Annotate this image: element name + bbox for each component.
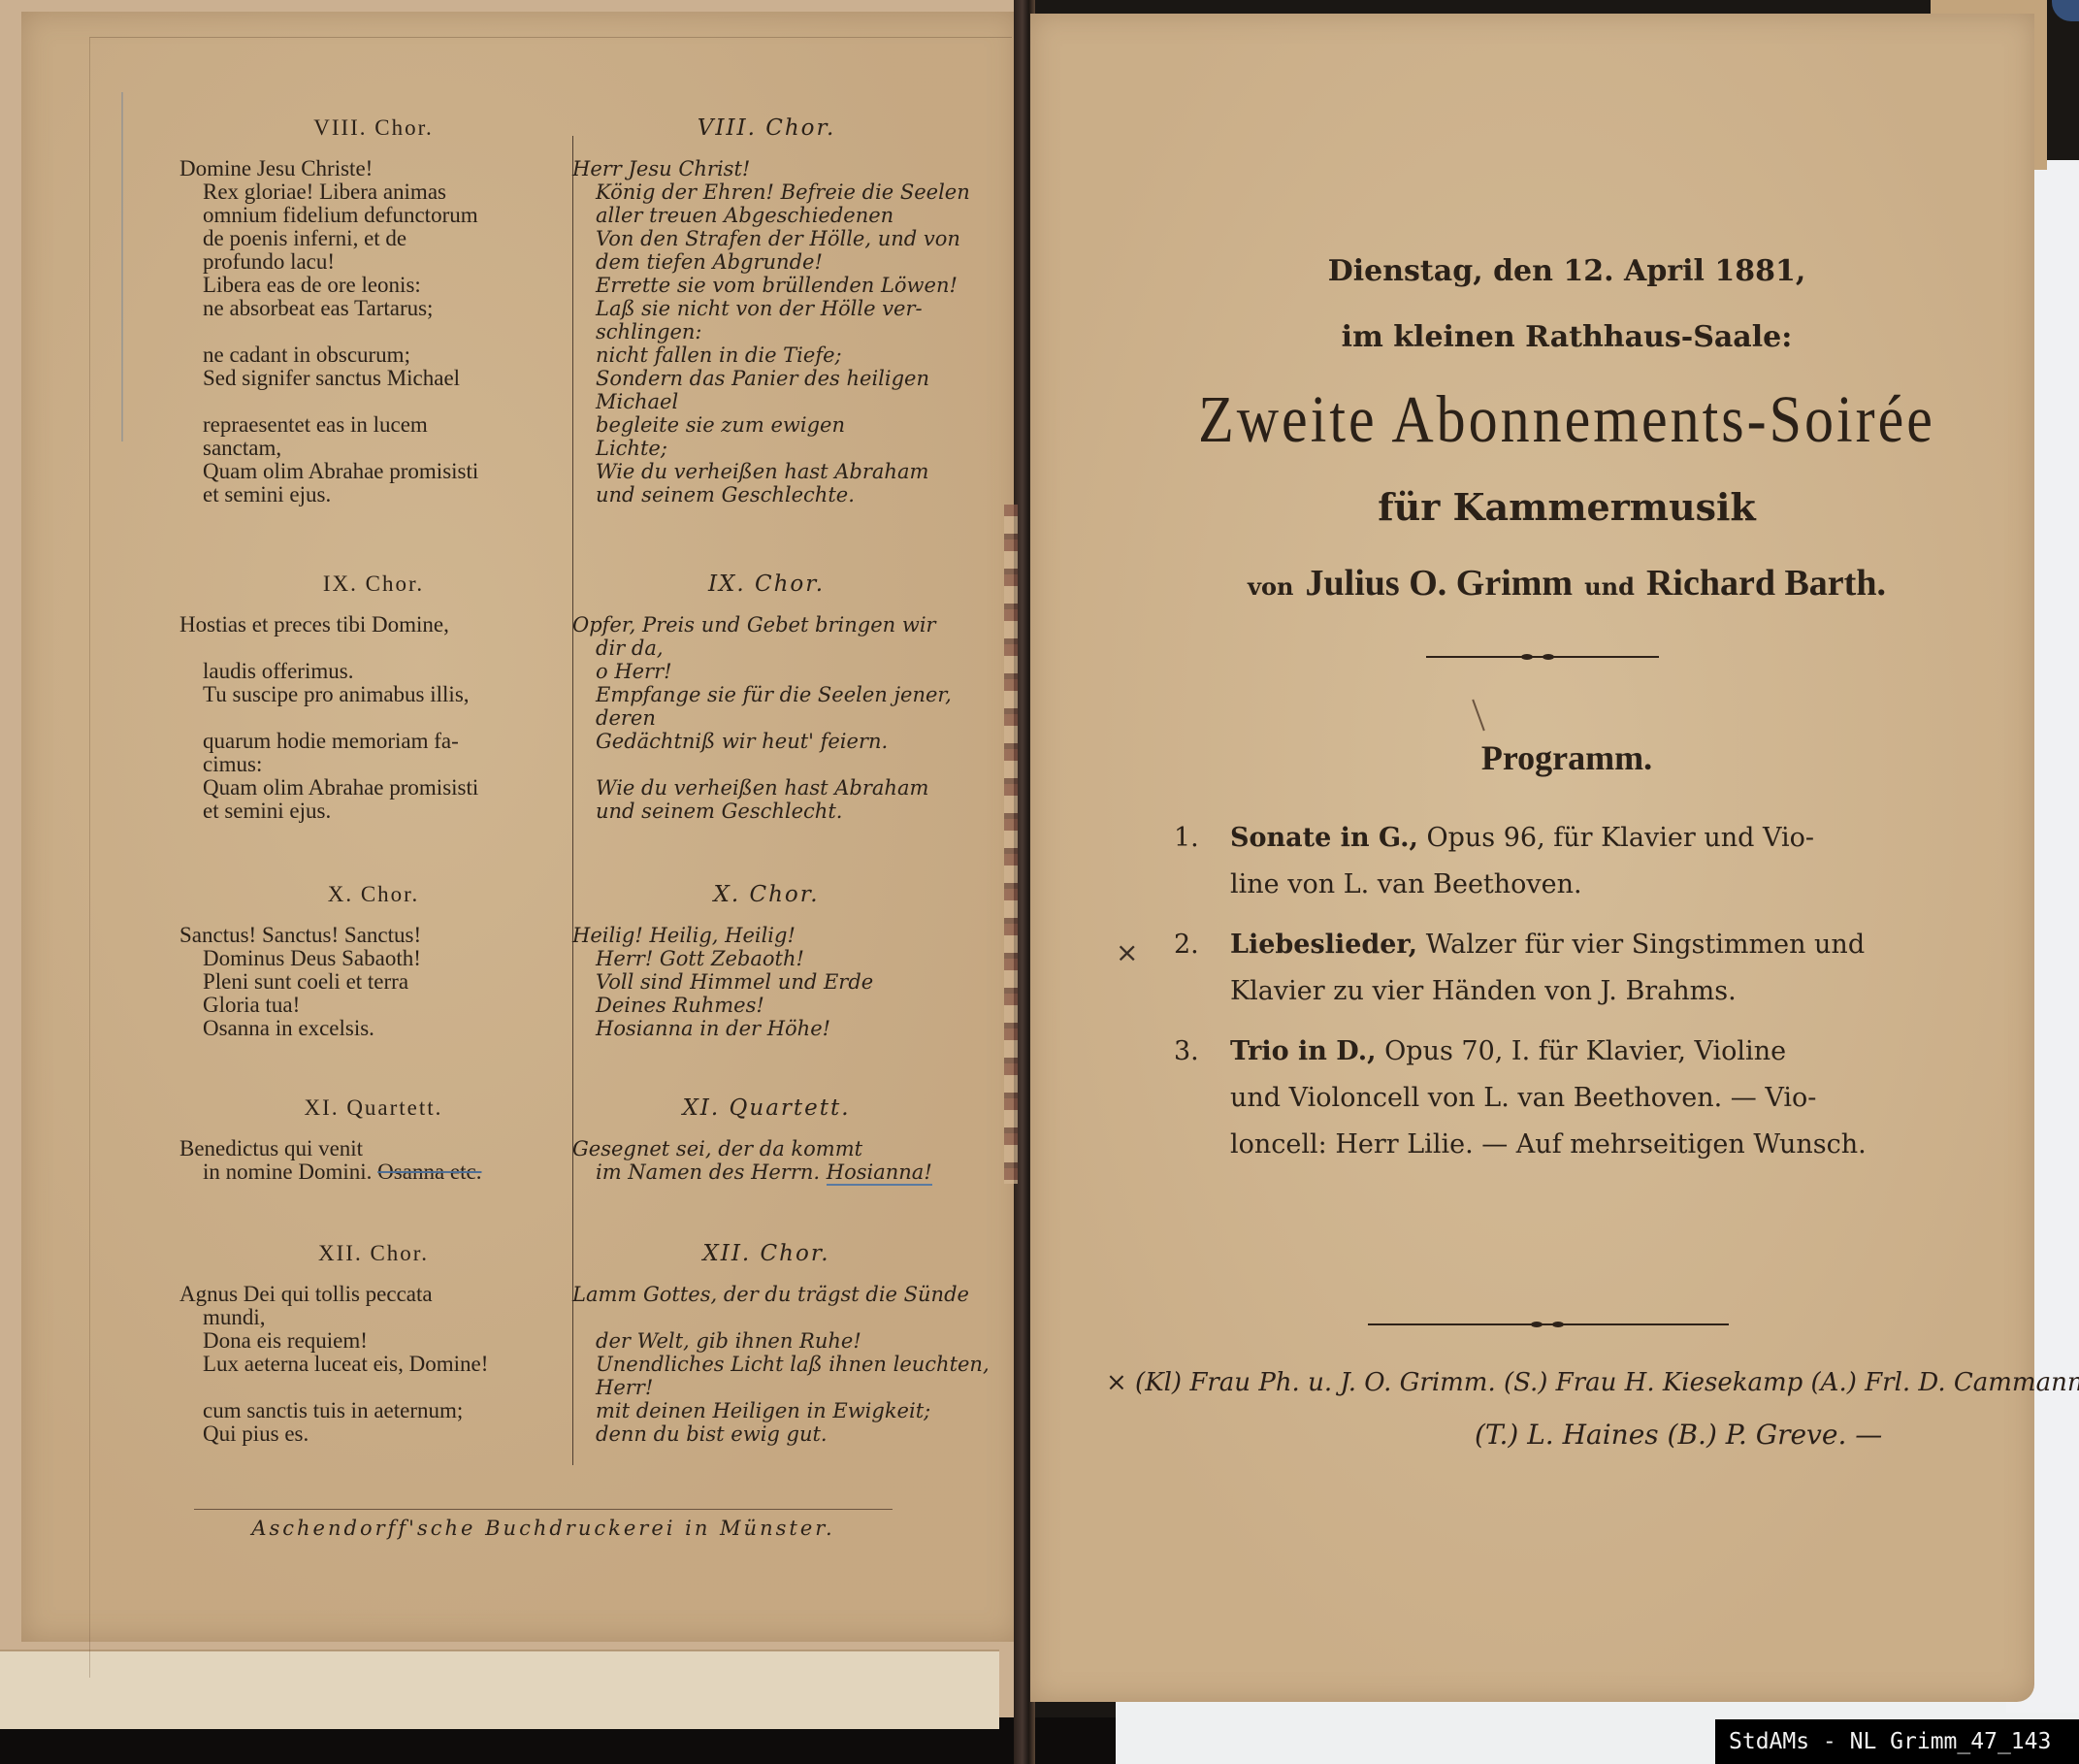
german-section-title: VIII. Chor.	[572, 116, 960, 140]
verse-line: Hosianna in der Höhe!	[572, 1017, 960, 1040]
verse-line: denn du bist ewig gut.	[572, 1422, 960, 1446]
verse-line: et semini ejus.	[179, 800, 568, 823]
verse-line: Benedictus qui venit	[179, 1137, 568, 1160]
concert-organizers: von Julius O. Grimm und Richard Barth.	[1116, 561, 2018, 604]
verse-line: ne absorbeat eas Tartarus;	[179, 297, 568, 320]
handwritten-performers-line-1: × (Kl) Frau Ph. u. J. O. Grimm. (S.) Fra…	[1106, 1368, 2079, 1397]
latin-section: XI. Quartett.Benedictus qui venitin nomi…	[179, 1096, 568, 1184]
verse-line: repraesentet eas in lucem	[179, 413, 568, 437]
latin-section-title: XI. Quartett.	[179, 1096, 568, 1120]
verse-line: begleite sie zum ewigen	[572, 413, 960, 437]
verse-line: Tu suscipe pro animabus illis,	[179, 683, 568, 706]
verse-line: o Herr!	[572, 660, 960, 683]
german-section-title: X. Chor.	[572, 883, 960, 906]
verse-line: und seinem Geschlechte.	[572, 483, 960, 506]
verse-line: aller treuen Abgeschiedenen	[572, 204, 960, 227]
program-item-2: 2. Liebeslieder, Walzer für vier Singsti…	[1174, 922, 1940, 1015]
latin-section-title: IX. Chor.	[179, 572, 568, 596]
verse-line: laudis offerimus.	[179, 660, 568, 683]
verse-line: dem tiefen Abgrunde!	[572, 250, 960, 274]
verse-line: Von den Strafen der Hölle, und von	[572, 227, 960, 250]
verse-line	[179, 706, 568, 730]
verse-line: profundo lacu!	[179, 250, 568, 274]
program-number: 3.	[1174, 1029, 1213, 1075]
latin-section: VIII. Chor.Domine Jesu Christe!Rex glori…	[179, 116, 568, 506]
verse-line: mundi,	[179, 1306, 568, 1329]
verse-line: cum sanctis tuis in aeternum;	[179, 1399, 568, 1422]
program-heading: Programm.	[1116, 737, 2018, 778]
verse-line	[179, 637, 568, 660]
verse-line: Sed signifer sanctus Michael	[179, 367, 568, 390]
verse-line: Rex gloriae! Libera animas	[179, 180, 568, 204]
footer-rule	[194, 1509, 893, 1510]
underlined-text: Hosianna!	[827, 1160, 932, 1186]
verse-line: der Welt, gib ihnen Ruhe!	[572, 1329, 960, 1353]
verse-line: Deines Ruhmes!	[572, 994, 960, 1017]
verse-line: Voll sind Himmel und Erde	[572, 970, 960, 994]
verse-line: Sondern das Panier des heiligen	[572, 367, 960, 390]
verse-line: Herr!	[572, 1376, 960, 1399]
organizer-grimm: Julius O. Grimm	[1306, 563, 1574, 604]
handwritten-x-mark: ×	[1116, 936, 1138, 968]
verse-line: Sanctus! Sanctus! Sanctus!	[179, 924, 568, 947]
program-item-1: 1. Sonate in G., Opus 96, für Klavier un…	[1174, 815, 1940, 908]
verse-line: Hostias et preces tibi Domine,	[179, 613, 568, 637]
verse-line	[572, 1306, 960, 1329]
verse-line: und seinem Geschlecht.	[572, 800, 960, 823]
verse-line: ne cadant in obscurum;	[179, 343, 568, 367]
verse-line: dir da,	[572, 637, 960, 660]
latin-section: IX. Chor.Hostias et preces tibi Domine,l…	[179, 572, 568, 823]
german-section: XII. Chor.Lamm Gottes, der du trägst die…	[572, 1242, 960, 1446]
by-von: von	[1248, 572, 1293, 601]
verse-line: Unendliches Licht laß ihnen leuchten,	[572, 1353, 960, 1376]
latin-section-title: X. Chor.	[179, 883, 568, 906]
verse-line: Opfer, Preis und Gebet bringen wir	[572, 613, 960, 637]
verse-line: Dona eis requiem!	[179, 1329, 568, 1353]
verse-line: et semini ejus.	[179, 483, 568, 506]
spine-tear	[1004, 505, 1018, 1184]
verse-line: Michael	[572, 390, 960, 413]
verse-line: König der Ehren! Befreie die Seelen	[572, 180, 960, 204]
concert-subtitle: für Kammermusik	[1116, 485, 2018, 529]
verse-line	[179, 390, 568, 413]
verse-line: Herr Jesu Christ!	[572, 157, 960, 180]
german-section: XI. Quartett.Gesegnet sei, der da kommti…	[572, 1096, 960, 1184]
printer-imprint: Aschendorff'sche Buchdruckerei in Münste…	[194, 1517, 893, 1540]
program-number: 2.	[1174, 922, 1213, 968]
verse-line: im Namen des Herrn. Hosianna!	[572, 1160, 960, 1184]
pencil-mark	[121, 92, 123, 441]
german-section: X. Chor.Heilig! Heilig, Heilig!Herr! Got…	[572, 883, 960, 1040]
archive-caption: StdAMs - NL Grimm_47_143	[1715, 1719, 2079, 1764]
verse-line: Gesegnet sei, der da kommt	[572, 1137, 960, 1160]
verse-line: Laß sie nicht von der Hölle ver-	[572, 297, 960, 320]
handwritten-performers-line-2: (T.) L. Haines (B.) P. Greve. —	[1475, 1419, 1882, 1451]
latin-section-title: XII. Chor.	[179, 1242, 568, 1265]
verse-line: Empfange sie für die Seelen jener,	[572, 683, 960, 706]
german-section: VIII. Chor.Herr Jesu Christ!König der Eh…	[572, 116, 960, 506]
verse-line: Gedächtniß wir heut' feiern.	[572, 730, 960, 753]
verse-line: sanctam,	[179, 437, 568, 460]
verse-line: Wie du verheißen hast Abraham	[572, 776, 960, 800]
verse-line: Herr! Gott Zebaoth!	[572, 947, 960, 970]
verse-line: mit deinen Heiligen in Ewigkeit;	[572, 1399, 960, 1422]
verse-line: Pleni sunt coeli et terra	[179, 970, 568, 994]
verse-line: Agnus Dei qui tollis peccata	[179, 1283, 568, 1306]
verse-line	[179, 320, 568, 343]
by-und: und	[1584, 572, 1635, 601]
verse-line: Osanna in excelsis.	[179, 1017, 568, 1040]
german-section: IX. Chor.Opfer, Preis und Gebet bringen …	[572, 572, 960, 823]
corner-cover	[2052, 0, 2079, 21]
verse-line: Heilig! Heilig, Heilig!	[572, 924, 960, 947]
verse-line: de poenis inferni, et de	[179, 227, 568, 250]
verse-line: cimus:	[179, 753, 568, 776]
verse-line: Dominus Deus Sabaoth!	[179, 947, 568, 970]
verse-line: Domine Jesu Christe!	[179, 157, 568, 180]
verse-line: Qui pius es.	[179, 1422, 568, 1446]
verse-line: Gloria tua!	[179, 994, 568, 1017]
concert-date: Dienstag, den 12. April 1881,	[1116, 254, 2018, 288]
verse-line: schlingen:	[572, 320, 960, 343]
german-section-title: XI. Quartett.	[572, 1096, 960, 1120]
german-section-title: XII. Chor.	[572, 1242, 960, 1265]
verse-line: Quam olim Abrahae promisisti	[179, 776, 568, 800]
program-work: Liebeslieder,	[1230, 930, 1417, 960]
verse-line	[572, 753, 960, 776]
struck-text: Osanna etc.	[377, 1160, 481, 1184]
latin-section: XII. Chor.Agnus Dei qui tollis peccatamu…	[179, 1242, 568, 1446]
verse-line: Errette sie vom brüllenden Löwen!	[572, 274, 960, 297]
program-number: 1.	[1174, 815, 1213, 862]
verse-line: nicht fallen in die Tiefe;	[572, 343, 960, 367]
verse-line: deren	[572, 706, 960, 730]
verse-line: in nomine Domini. Osanna etc.	[179, 1160, 568, 1184]
latin-section-title: VIII. Chor.	[179, 116, 568, 140]
latin-section: X. Chor.Sanctus! Sanctus! Sanctus!Dominu…	[179, 883, 568, 1040]
verse-line: Lux aeterna luceat eis, Domine!	[179, 1353, 568, 1376]
program-item-3: 3. Trio in D., Opus 70, I. für Klavier, …	[1174, 1029, 1940, 1168]
verse-line: omnium fidelium defunctorum	[179, 204, 568, 227]
organizer-barth: Richard Barth.	[1646, 563, 1886, 604]
verse-line: Wie du verheißen hast Abraham	[572, 460, 960, 483]
concert-title: Zweite Abonnements-Soirée	[1116, 381, 2018, 458]
program-work: Trio in D.,	[1230, 1036, 1377, 1066]
verse-line	[179, 1376, 568, 1399]
verse-line: Lamm Gottes, der du trägst die Sünde	[572, 1283, 960, 1306]
verse-line: Libera eas de ore leonis:	[179, 274, 568, 297]
program-work: Sonate in G.,	[1230, 823, 1418, 853]
german-section-title: IX. Chor.	[572, 572, 960, 596]
verse-line: Lichte;	[572, 437, 960, 460]
verse-line: Quam olim Abrahae promisisti	[179, 460, 568, 483]
verse-line: quarum hodie memoriam fa-	[179, 730, 568, 753]
concert-venue: im kleinen Rathhaus-Saale:	[1116, 320, 2018, 354]
